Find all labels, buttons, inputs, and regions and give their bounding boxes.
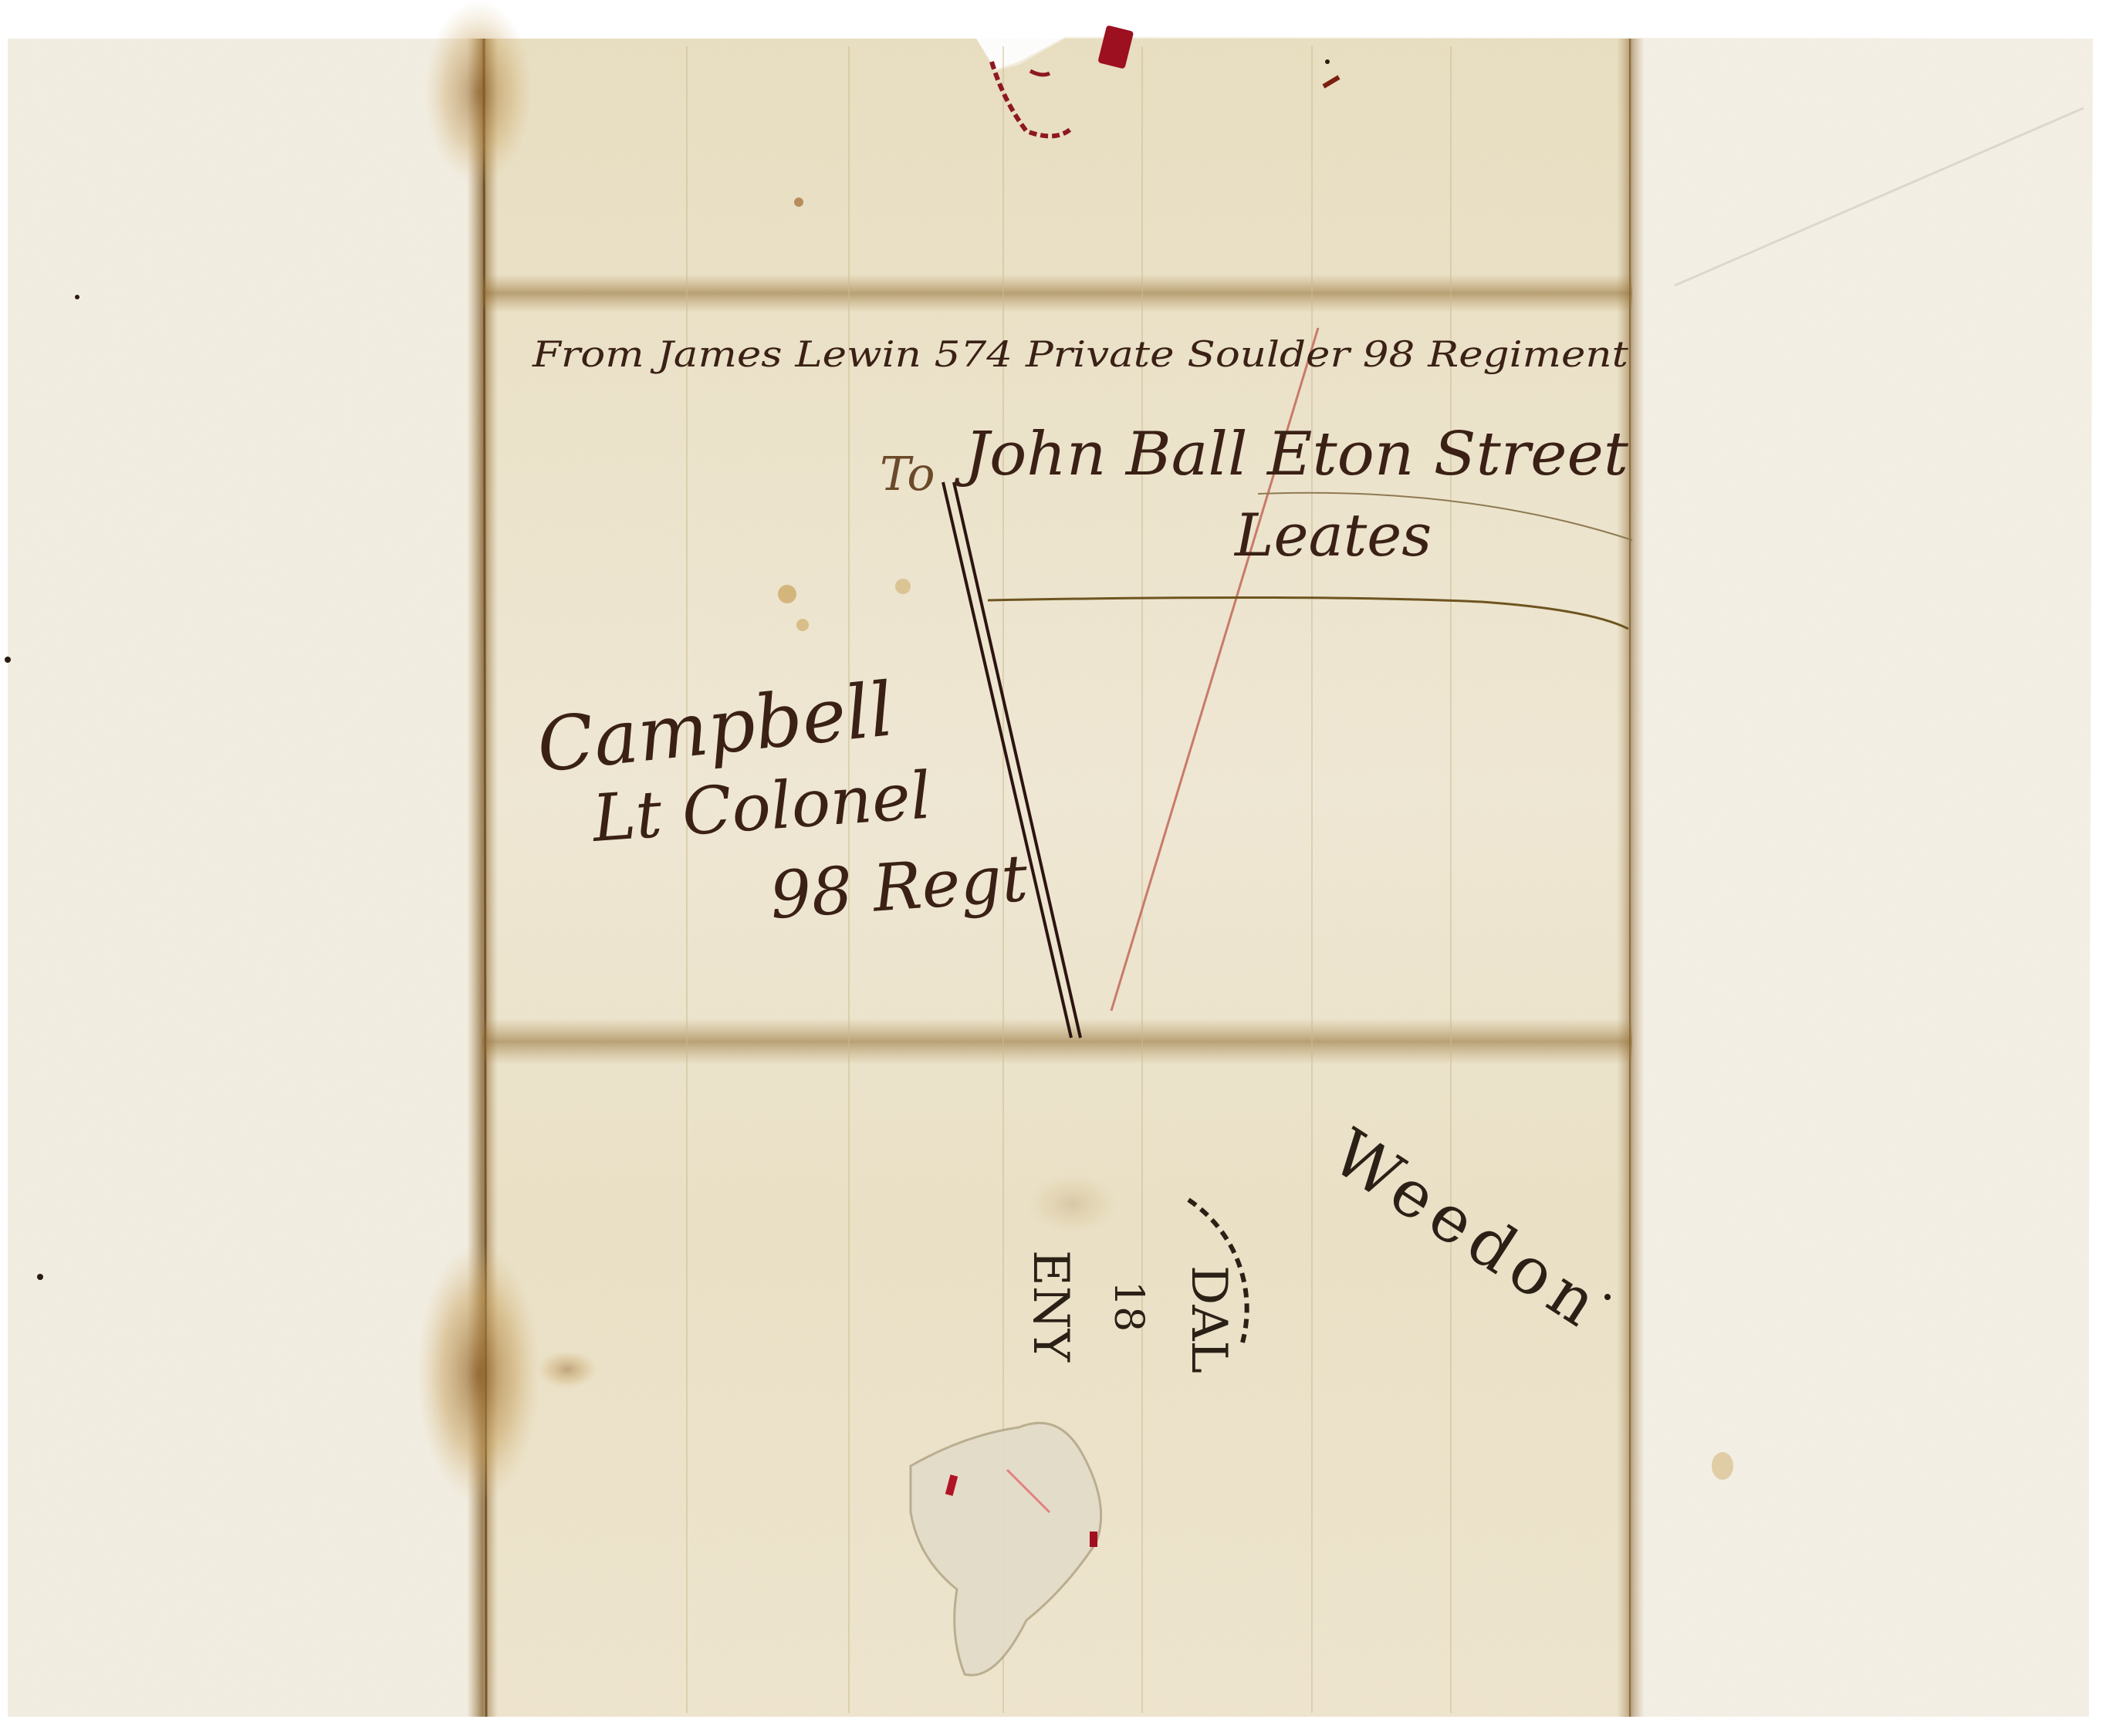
svg-text:Leates: Leates	[1233, 501, 1432, 569]
svg-text:18: 18	[1105, 1281, 1151, 1332]
svg-text:DAL: DAL	[1180, 1265, 1237, 1373]
svg-text:John Ball Eton Street: John Ball Eton Street	[954, 420, 1629, 489]
sender-line: From James Lewin 574 Private Soulder 98 …	[532, 333, 1629, 375]
svg-text:ENY: ENY	[1022, 1250, 1079, 1363]
letter-scan: From James Lewin 574 Private Soulder 98 …	[0, 0, 2113, 1736]
svg-text:From James Lewin 574 Private S: From James Lewin 574 Private Soulder 98 …	[532, 333, 1629, 375]
svg-text:To: To	[880, 448, 935, 502]
